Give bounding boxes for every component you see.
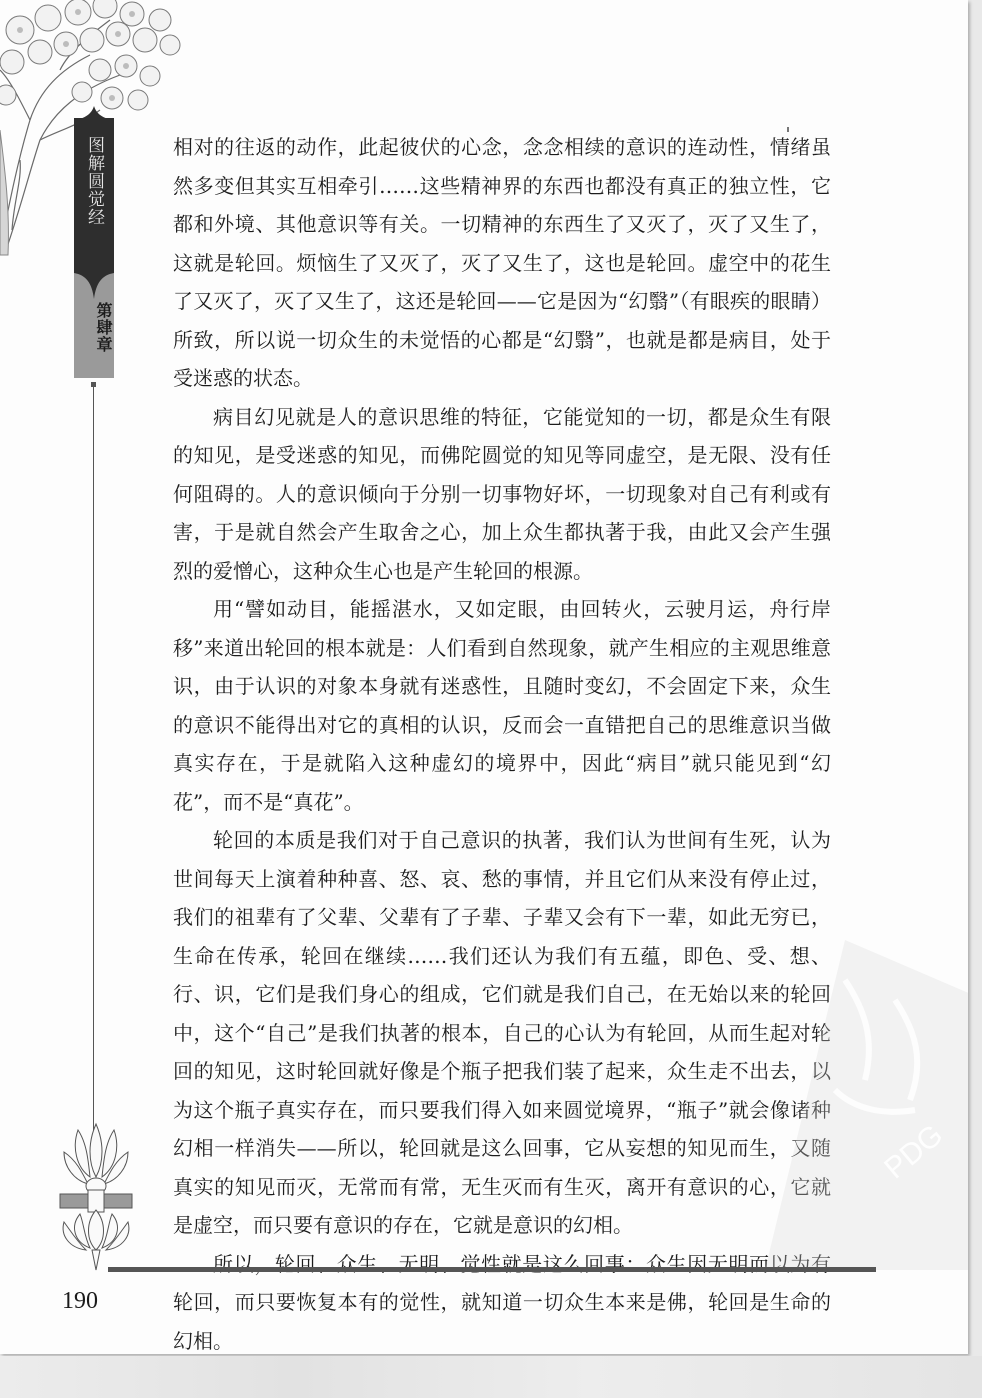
book-page: 图解圆觉经 第肆章: [0, 0, 968, 1354]
book-title: 图解圆觉经: [74, 136, 114, 226]
paragraph-4: 轮回的本质是我们对于自己意识的执著，我们认为世间有生死，认为世间每天上演着种种喜…: [173, 821, 831, 1245]
chapter-label: 第肆章: [74, 302, 114, 353]
body-text: 相对的往返的动作，此起彼伏的心念，念念相续的意识的连动性，情绪虽然多变但其实互相…: [173, 128, 831, 1354]
lotus-ornament-icon: [58, 1122, 134, 1272]
tab-notch-icon: [74, 273, 114, 299]
watermark-text: PDG: [878, 1118, 949, 1185]
scan-background: [0, 1356, 982, 1398]
chapter-tab: 图解圆觉经 第肆章: [74, 118, 114, 378]
page-number: 190: [62, 1288, 98, 1315]
paragraph-5: 所以，轮回、众生、无明、觉性就是这么回事：众生因无明而以为有轮回，而只要恢复本有…: [173, 1245, 831, 1355]
margin-line: [93, 384, 94, 1130]
paragraph-2: 病目幻见就是人的意识思维的特征，它能觉知的一切，都是众生有限的知见，是受迷惑的知…: [173, 398, 831, 591]
book-title-band: 图解圆觉经: [74, 118, 114, 273]
paragraph-1: 相对的往返的动作，此起彼伏的心念，念念相续的意识的连动性，情绪虽然多变但其实互相…: [173, 128, 831, 398]
paragraph-3: 用“譬如动目，能摇湛水，又如定眼，由回转火，云驶月运，舟行岸移”来道出轮回的根本…: [173, 590, 831, 821]
footer-rule: [108, 1267, 876, 1272]
